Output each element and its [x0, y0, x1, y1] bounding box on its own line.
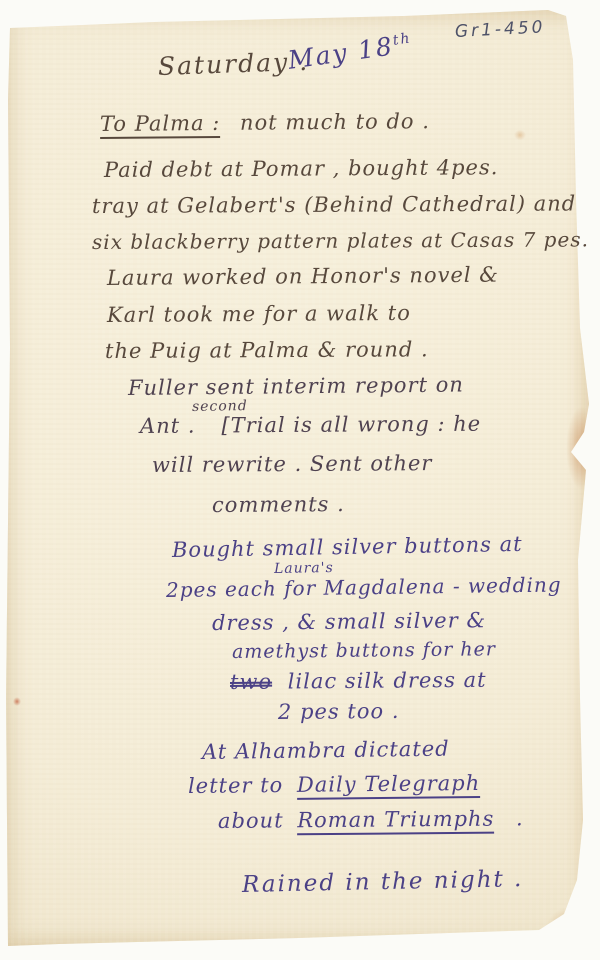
diary-line: At Alhambra dictated: [202, 737, 450, 764]
diary-line: will rewrite . Sent other: [152, 451, 433, 477]
scanned-diary-page: { "manuscript": { "catalog_label": "Gr1-…: [0, 0, 600, 960]
underlined-phrase-roman-triumphs: Roman Triumphs: [297, 807, 494, 836]
heading-line: Saturday . May 18th: [157, 47, 309, 81]
edge-stain: [574, 194, 596, 228]
diary-line: letter to Daily Telegraph: [188, 771, 480, 798]
struck-word: two: [230, 670, 272, 694]
diary-line: the Puig at Palma & round .: [105, 337, 429, 363]
diary-line: tray at Gelabert's (Behind Cathedral) an…: [92, 191, 576, 218]
inserted-word-lauras: Laura's: [274, 560, 334, 577]
diary-line: comments .: [212, 492, 345, 517]
diary-line: about Roman Triumphs .: [218, 806, 524, 833]
diary-line: Karl took me for a walk to: [107, 301, 411, 327]
report-line2-start: Ant .: [140, 414, 196, 438]
underlined-phrase-to-palma: To Palma :: [100, 111, 221, 139]
diary-line: Fuller sent interim report on: [128, 372, 464, 400]
red-ink-spot: [12, 696, 22, 707]
heading-date-suffix: th: [392, 30, 413, 48]
diary-line: amethyst buttons for her: [232, 638, 496, 663]
alhambra-line2-start: letter to: [188, 773, 283, 798]
diary-line: dress , & small silver &: [212, 608, 486, 635]
diary-line: Laura worked on Honor's novel &: [107, 263, 499, 290]
alhambra-line3-end: .: [516, 806, 524, 830]
report-line2-rest: [Trial is all wrong : he: [221, 412, 481, 438]
foxing-spot: [512, 128, 528, 142]
diary-line: 2 pes too .: [278, 699, 400, 724]
diary-line: six blackberry pattern plates at Casas 7…: [92, 227, 589, 254]
purchases-line5-rest: lilac silk dress at: [288, 668, 487, 694]
torn-edge-mark: [577, 20, 583, 72]
alhambra-line3-start: about: [218, 808, 284, 833]
underlined-phrase-daily-telegraph: Daily Telegraph: [297, 771, 481, 800]
diary-line: Ant .[Trial is all wrong : he: [140, 412, 481, 438]
corner-stain: [538, 900, 600, 958]
tear-stain: [560, 390, 600, 506]
diary-line: two lilac silk dress at: [230, 668, 487, 694]
diary-line-opening: To Palma : not much to do .: [100, 109, 430, 136]
opening-rest: not much to do .: [240, 109, 430, 135]
diary-line: Paid debt at Pomar , bought 4pes.: [104, 155, 499, 182]
